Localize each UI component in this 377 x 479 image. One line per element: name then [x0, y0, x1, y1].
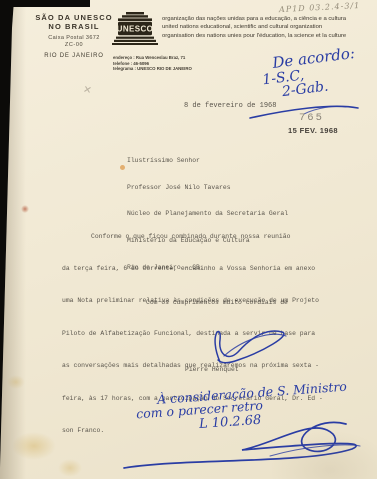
tagline-french: organisation des nations unies pour l'éd… [162, 32, 346, 40]
body-line: da terça feira, 6 do corrente, encaminho… [62, 264, 323, 275]
contact-telegram: telegrama : UNESCO RIO DE JANEIRO [113, 66, 192, 72]
closing-line: Com os cumprimentos muito cordiais de [146, 299, 288, 306]
recipient-line: Professor José Nilo Tavares [127, 184, 288, 193]
contact-address: endereço : Rua Wenceslau Braz, 71 [113, 55, 192, 61]
org-taglines: organização das nações unidas para a edu… [162, 15, 346, 40]
org-name-line2: NO BRASIL [30, 22, 118, 31]
tagline-portuguese: organização das nações unidas para a edu… [162, 15, 346, 23]
stamp-number: 765 [299, 112, 324, 124]
handwritten-approval-note: De acordo: 1-S.C, 2-Gab. [254, 44, 360, 103]
contact-lines: endereço : Rua Wenceslau Braz, 71 telefo… [113, 55, 192, 72]
pencil-cross-mark: ✕ [82, 84, 92, 97]
org-name-line1: SÃO DA UNESCO [30, 13, 118, 22]
scan-edge-shadow [0, 0, 26, 479]
letterhead-city: RIO DE JANEIRO [30, 53, 118, 60]
ink-stain-dot [120, 165, 125, 170]
scan-edge-artifact [8, 0, 90, 7]
body-line: Piloto de Alfabetização Funcional, desti… [62, 329, 323, 340]
tagline-english: united nations educational, scientific a… [162, 23, 346, 31]
pencil-archive-reference: AP1D 03.2.4-3/1 [279, 1, 361, 14]
unesco-temple-logo: UNESCO [112, 12, 158, 45]
signer-typed-name: Pierre Henquet [185, 366, 239, 373]
logo-letters: UNESCO [117, 25, 154, 34]
letter-date: 8 de fevereiro de 1968 [184, 102, 276, 110]
recipient-line: Ilustríssimo Senhor [127, 157, 288, 166]
scanned-letter-page: SÃO DA UNESCO NO BRASIL Caixa Postal 367… [0, 0, 377, 479]
body-line: Conforme o que ficou combinado durante n… [62, 232, 323, 243]
letterhead-block: SÃO DA UNESCO NO BRASIL Caixa Postal 367… [30, 13, 118, 60]
letter-paper: SÃO DA UNESCO NO BRASIL Caixa Postal 367… [0, 0, 377, 479]
postal-zone: ZC-00 [30, 42, 118, 49]
stamp-date: 15 FEV. 1968 [288, 126, 338, 135]
po-box: Caixa Postal 3672 [30, 35, 118, 42]
